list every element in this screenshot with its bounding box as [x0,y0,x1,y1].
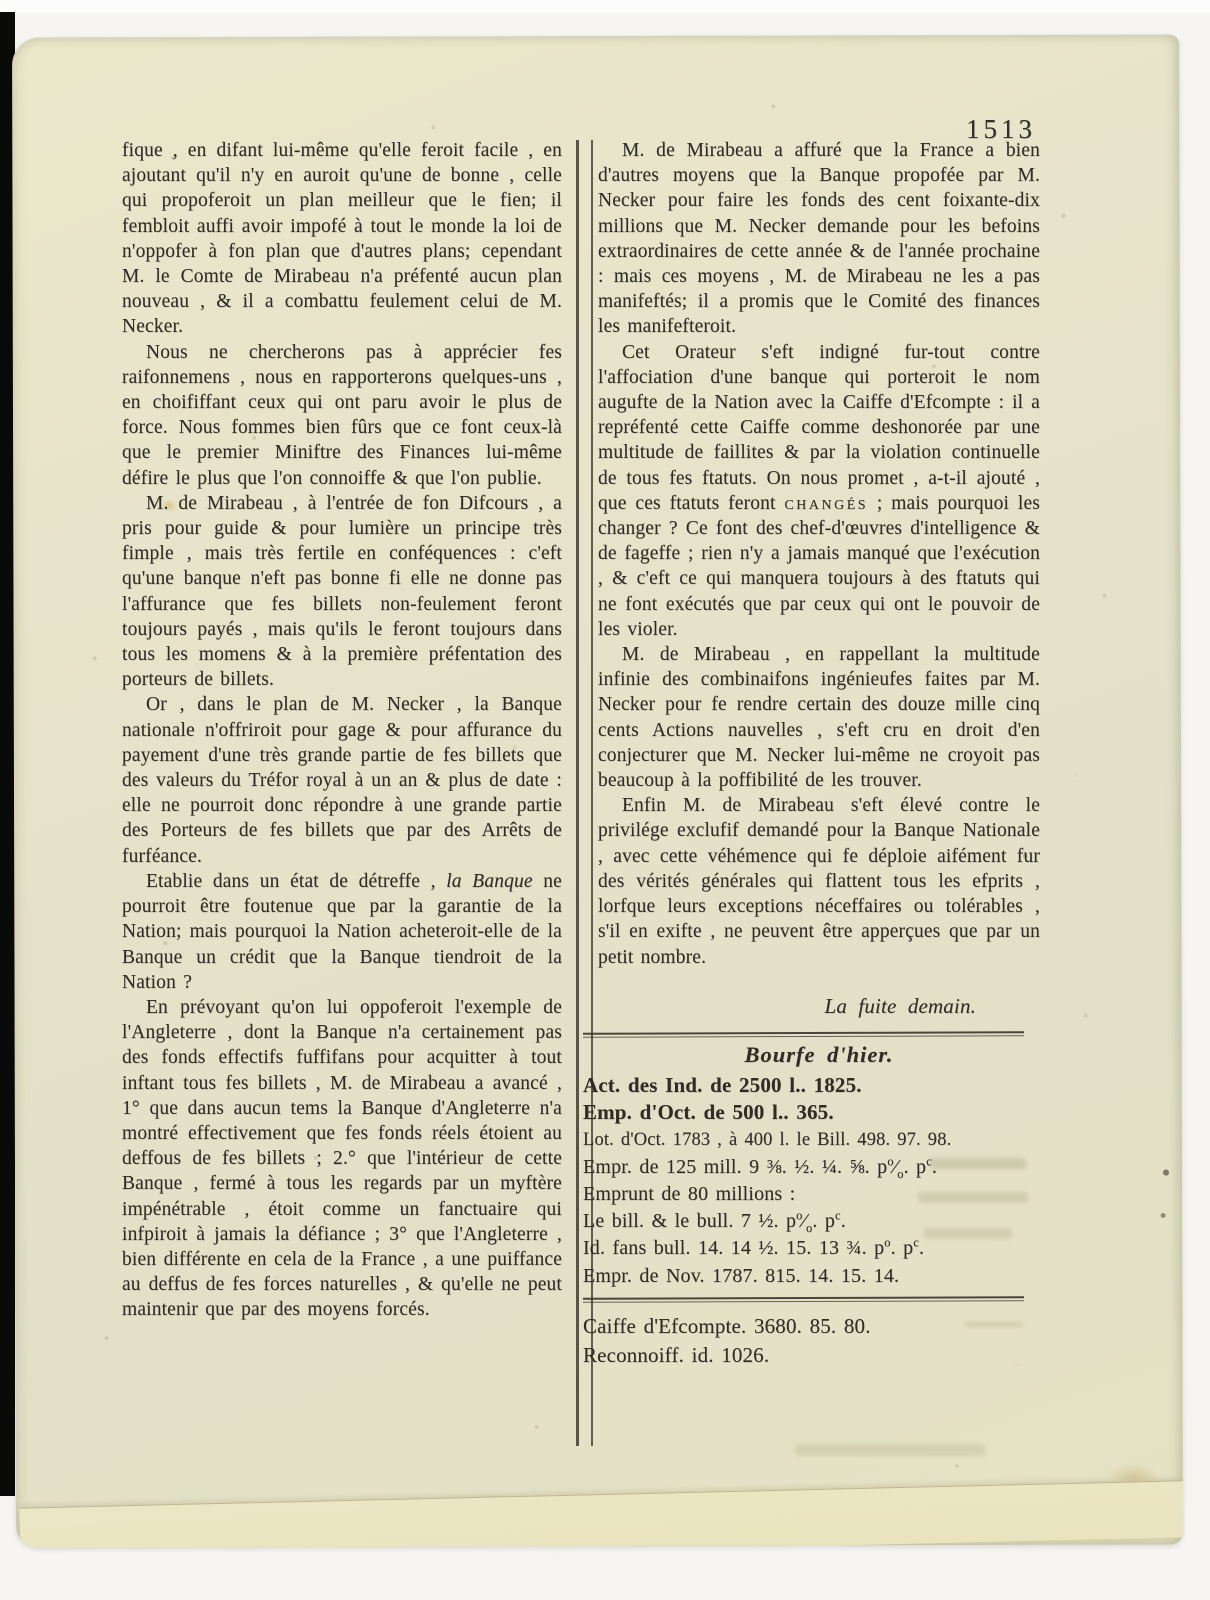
text-run: Lot. d'Oct. 1783 , à 400 l. le Bill. 498… [583,1130,951,1150]
text-run: Reconnoiff. id. 1026. [583,1343,769,1367]
section-rule [583,1296,1024,1303]
bourse-line: Caiffe d'Efcompte. 3680. 85. 80. [583,1312,1040,1341]
text-run: Etablie dans un état de détreffe , [146,871,446,892]
bourse-line: Empr. de 125 mill. 9 ⅜. ½. ¼. ⅝. po⁄o. p… [583,1154,1040,1181]
text-run: la Banque [446,871,533,892]
paragraph: Or , dans le plan de M. Necker , la Banq… [122,692,562,868]
paper-fibers [12,38,15,39]
text-run: Empr. de Nov. 1787. 815. 14. 15. 14. [583,1265,899,1287]
paragraph: fique , en difant lui-même qu'elle feroi… [122,138,562,340]
text-run: fique , en difant lui-même qu'elle feroi… [122,140,562,337]
text-run: Emp. d'Oct. de 500 l.. 365. [583,1100,834,1124]
paragraph: Etablie dans un état de détreffe , la Ba… [122,869,562,995]
text-run: . [919,1237,924,1259]
bleed-through-mark [795,1444,986,1456]
text-run: Caiffe d'Efcompte. 3680. 85. 80. [583,1314,871,1338]
bourse-section-title: Bourfe d'hier. [598,1042,1040,1067]
text-run: . p [891,1237,914,1259]
bourse-footer-list: Caiffe d'Efcompte. 3680. 85. 80.Reconnoi… [583,1312,1040,1370]
left-text-column: fique , en difant lui-même qu'elle feroi… [122,138,562,1323]
continuation-notice: La fuite demain. [825,994,976,1019]
text-run: M. de Mirabeau , en rappellant la multit… [598,644,1040,791]
paragraph: Enfin M. de Mirabeau s'eft élevé contre … [598,793,1040,969]
text-run: Id. fans bull. 14. 14 ½. 15. 13 ¾. p [583,1237,884,1259]
text-run: M. de Mirabeau a affuré que la France a … [598,140,1040,337]
bourse-quotes-list: Act. des Ind. de 2500 l.. 1825.Emp. d'Oc… [583,1072,1040,1290]
text-run: . [841,1210,846,1232]
text-run: . p [812,1210,835,1232]
paragraph: M. de Mirabeau a affuré que la France a … [598,138,1040,340]
paragraph: M. de Mirabeau , en rappellant la multit… [598,642,1040,793]
text-run: . [932,1156,937,1178]
text-run: Cet Orateur s'eft indigné fur-tout contr… [598,342,1040,514]
bottom-fold-crease [19,1480,1183,1547]
text-run: Or , dans le plan de M. Necker , la Banq… [122,694,562,866]
scanned-newspaper-page: 1513 fique , en difant lui-même qu'elle … [0,0,1210,1600]
text-run: Le bill. & le bull. 7 ½. p [583,1210,796,1232]
bourse-line: Emp. d'Oct. de 500 l.. 365. [583,1099,1040,1126]
text-run: Act. des Ind. de 2500 l.. 1825. [583,1073,862,1097]
paragraph: M. de Mirabeau , à l'entrée de fon Difco… [122,491,562,693]
text-run: changés [784,493,868,514]
text-run: . p [904,1156,927,1178]
paragraph: Nous ne chercherons pas à apprécier fes … [122,340,562,491]
paragraph: Cet Orateur s'eft indigné fur-tout contr… [598,340,1040,642]
bourse-line: Le bill. & le bull. 7 ½. po⁄o. pc. [583,1208,1040,1235]
paragraph: En prévoyant qu'on lui oppoferoit l'exem… [122,995,562,1323]
bourse-line: Lot. d'Oct. 1783 , à 400 l. le Bill. 498… [583,1127,1040,1154]
text-run: Empr. de 125 mill. 9 ⅜. ½. ¼. ⅝. p [583,1156,887,1178]
bourse-line: Emprunt de 80 millions : [583,1181,1040,1208]
right-text-column: M. de Mirabeau a affuré que la France a … [598,138,1040,1370]
right-column-paragraphs: M. de Mirabeau a affuré que la France a … [598,138,1040,970]
text-run: En prévoyant qu'on lui oppoferoit l'exem… [122,997,562,1320]
text-run: Enfin M. de Mirabeau s'eft élevé contre … [598,795,1040,967]
bourse-line: Reconnoiff. id. 1026. [583,1341,1040,1370]
section-rule [583,1031,1024,1038]
text-run: Nous ne chercherons pas à apprécier fes … [122,342,562,489]
bourse-line: Id. fans bull. 14. 14 ½. 15. 13 ¾. po. p… [583,1235,1040,1262]
text-run: Emprunt de 80 millions : [583,1183,795,1205]
text-run: M. de Mirabeau , à l'entrée de fon Difco… [122,493,562,690]
text-run: ; mais pourquoi les changer ? Ce font de… [598,493,1040,640]
bourse-line: Empr. de Nov. 1787. 815. 14. 15. 14. [583,1263,1040,1290]
scanner-edge-band [0,0,1210,13]
bourse-line: Act. des Ind. de 2500 l.. 1825. [583,1072,1040,1099]
